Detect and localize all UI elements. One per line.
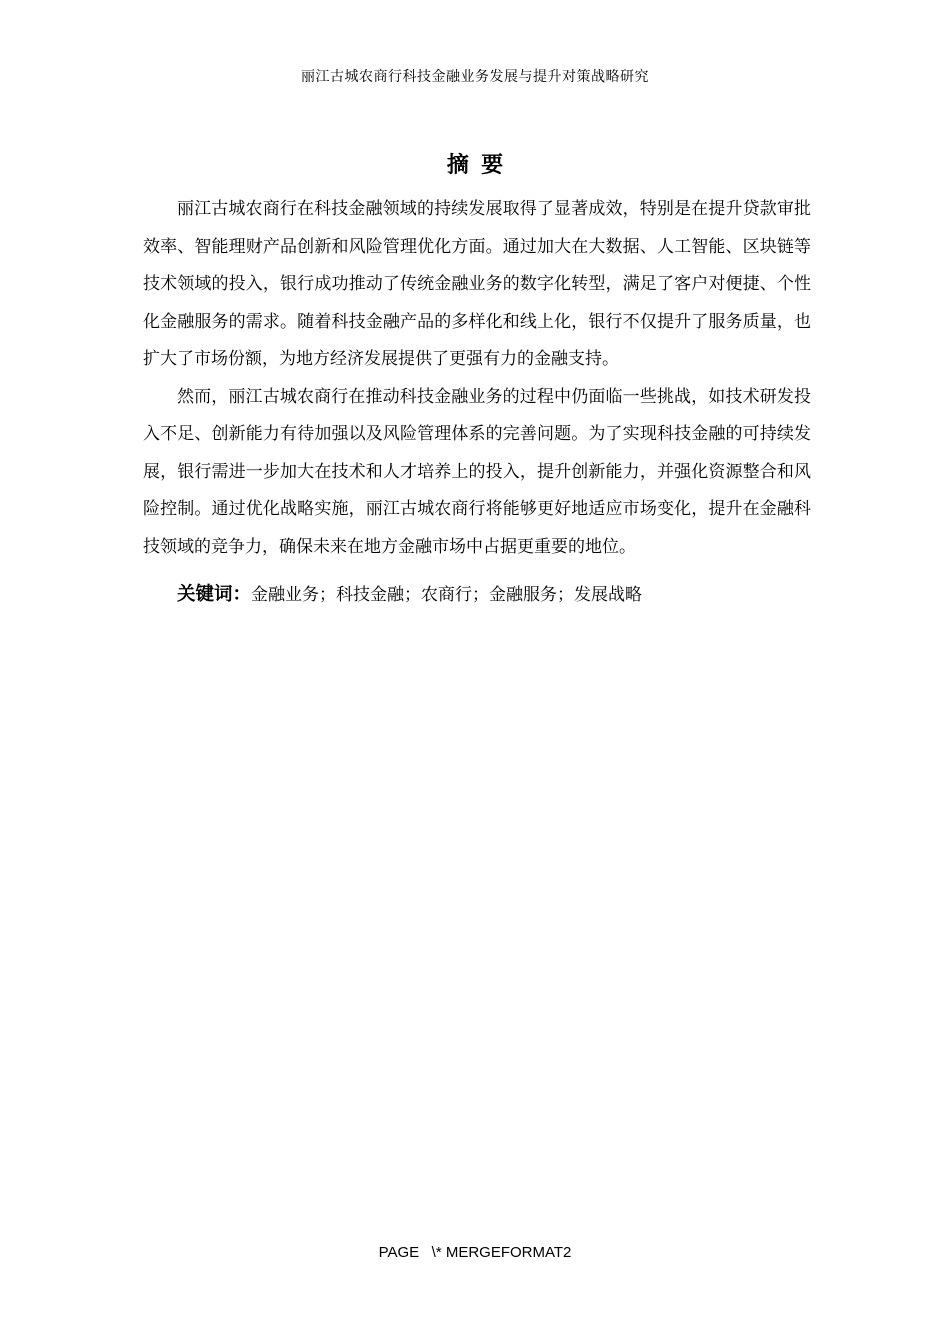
- abstract-body: 丽江古城农商行在科技金融领域的持续发展取得了显著成效，特别是在提升贷款审批效率、…: [143, 190, 811, 614]
- abstract-paragraph-1: 丽江古城农商行在科技金融领域的持续发展取得了显著成效，特别是在提升贷款审批效率、…: [143, 190, 811, 378]
- running-header: 丽江古城农商行科技金融业务发展与提升对策战略研究: [0, 66, 950, 86]
- page-number-footer: PAGE \* MERGEFORMAT2: [0, 1244, 950, 1261]
- keywords-line: 关键词：金融业务；科技金融；农商行；金融服务；发展战略: [143, 575, 811, 614]
- abstract-paragraph-2: 然而，丽江古城农商行在推动科技金融业务的过程中仍面临一些挑战，如技术研发投入不足…: [143, 378, 811, 566]
- document-page: 丽江古城农商行科技金融业务发展与提升对策战略研究 摘 要 丽江古城农商行在科技金…: [0, 0, 950, 1344]
- abstract-title: 摘 要: [0, 148, 950, 179]
- keywords-text: 金融业务；科技金融；农商行；金融服务；发展战略: [251, 585, 642, 604]
- keywords-label: 关键词：: [177, 583, 251, 604]
